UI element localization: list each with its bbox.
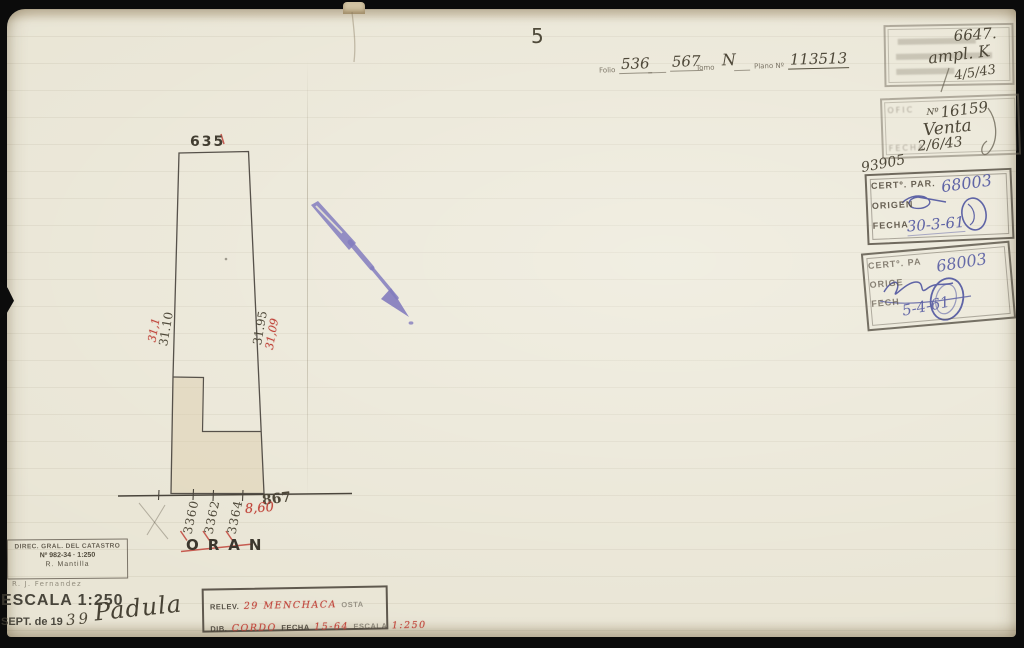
date-stamp-value: 39 bbox=[65, 609, 92, 629]
stamp-relev-dib: RELEV. 29 MENCHACA OSTA DIB. CORDO FECHA… bbox=[202, 585, 389, 632]
cert1-number: 68003 bbox=[940, 171, 993, 196]
cert2-label-1: CERTº. PA bbox=[868, 256, 922, 271]
stamp-catastro: DIREC. GRAL. DEL CATASTRO Nº 982-34 · 1:… bbox=[7, 538, 128, 579]
relev-suffix: OSTA bbox=[341, 600, 363, 609]
stamp-venta: OFIC FECHA Nº 16159 Venta 2/6/43 bbox=[880, 94, 1021, 160]
cert1-label-1: CERTº. PAR. bbox=[871, 178, 936, 191]
stamp-cert-1: CERTº. PAR. ORIGEN FECHA 68003 30-3-61 bbox=[865, 168, 1015, 245]
cert1-label-3: FECHA bbox=[873, 219, 909, 231]
page-number: 5 bbox=[531, 24, 544, 48]
cert2-label-2: ORIGE bbox=[869, 277, 904, 290]
parcel-top-measure: 635 bbox=[190, 134, 225, 150]
relev-label: RELEV. bbox=[210, 602, 240, 612]
catastro-line-3: R. Mantilla bbox=[8, 560, 127, 568]
cert1-label-2: ORIGEN bbox=[872, 199, 914, 211]
ink-arrow-annotation bbox=[311, 201, 413, 325]
street-name: ORAN bbox=[186, 536, 270, 554]
parcel-base-measure-red: 8,60 bbox=[245, 500, 275, 517]
escala-label: ESCALA bbox=[353, 621, 387, 631]
ampliacion-date: 4/5/43 bbox=[953, 62, 997, 83]
cert1-date: 30-3-61 bbox=[906, 213, 965, 236]
dib-value: CORDO bbox=[232, 622, 277, 634]
dib-label: DIB. bbox=[210, 624, 227, 633]
header-rule-1 bbox=[648, 72, 666, 73]
tomo-label: Tomo bbox=[696, 64, 715, 72]
plan-dot bbox=[225, 258, 228, 261]
parcel-shaded-area bbox=[171, 377, 264, 494]
header-rule-2 bbox=[734, 70, 750, 71]
escala-value: 1:250 bbox=[392, 620, 427, 632]
relev-value: 29 MENCHACA bbox=[244, 599, 337, 612]
typed-name: R. J. Fernandez bbox=[12, 580, 82, 588]
tab-crease-line bbox=[352, 12, 355, 62]
cert2-number: 68003 bbox=[935, 249, 988, 276]
fecha-value: 15-64 bbox=[314, 621, 349, 633]
folio-value: 536 bbox=[619, 54, 652, 74]
catastro-line-1: DIREC. GRAL. DEL CATASTRO bbox=[8, 542, 127, 550]
folio-label: Folio bbox=[599, 66, 615, 74]
venta-date: 2/6/43 bbox=[917, 134, 963, 155]
catastro-line-2: Nº 982-34 · 1:250 bbox=[8, 551, 127, 559]
date-stamp-label: SEPT. de 19 bbox=[1, 616, 63, 628]
pencil-construction-lines bbox=[139, 503, 168, 539]
faded-stamp-text-line bbox=[896, 68, 954, 75]
cert2-label-3: FECH bbox=[871, 296, 900, 308]
plano-label: Plano Nº bbox=[754, 62, 784, 71]
venta-faint-label-top: OFIC bbox=[887, 105, 914, 115]
fecha-label: FECHA bbox=[281, 623, 309, 632]
plano-value: 113513 bbox=[788, 49, 850, 70]
stamp-cert-2: CERTº. PA ORIGE FECH 68003 5-4-61 bbox=[861, 241, 1016, 332]
venta-no-label: Nº bbox=[926, 107, 938, 117]
n-value: N bbox=[722, 50, 736, 69]
cert2-date: 5-4-61 bbox=[900, 293, 951, 320]
stamp-ampliacion: 6647. ampl. K 4/5/43 bbox=[883, 23, 1014, 87]
